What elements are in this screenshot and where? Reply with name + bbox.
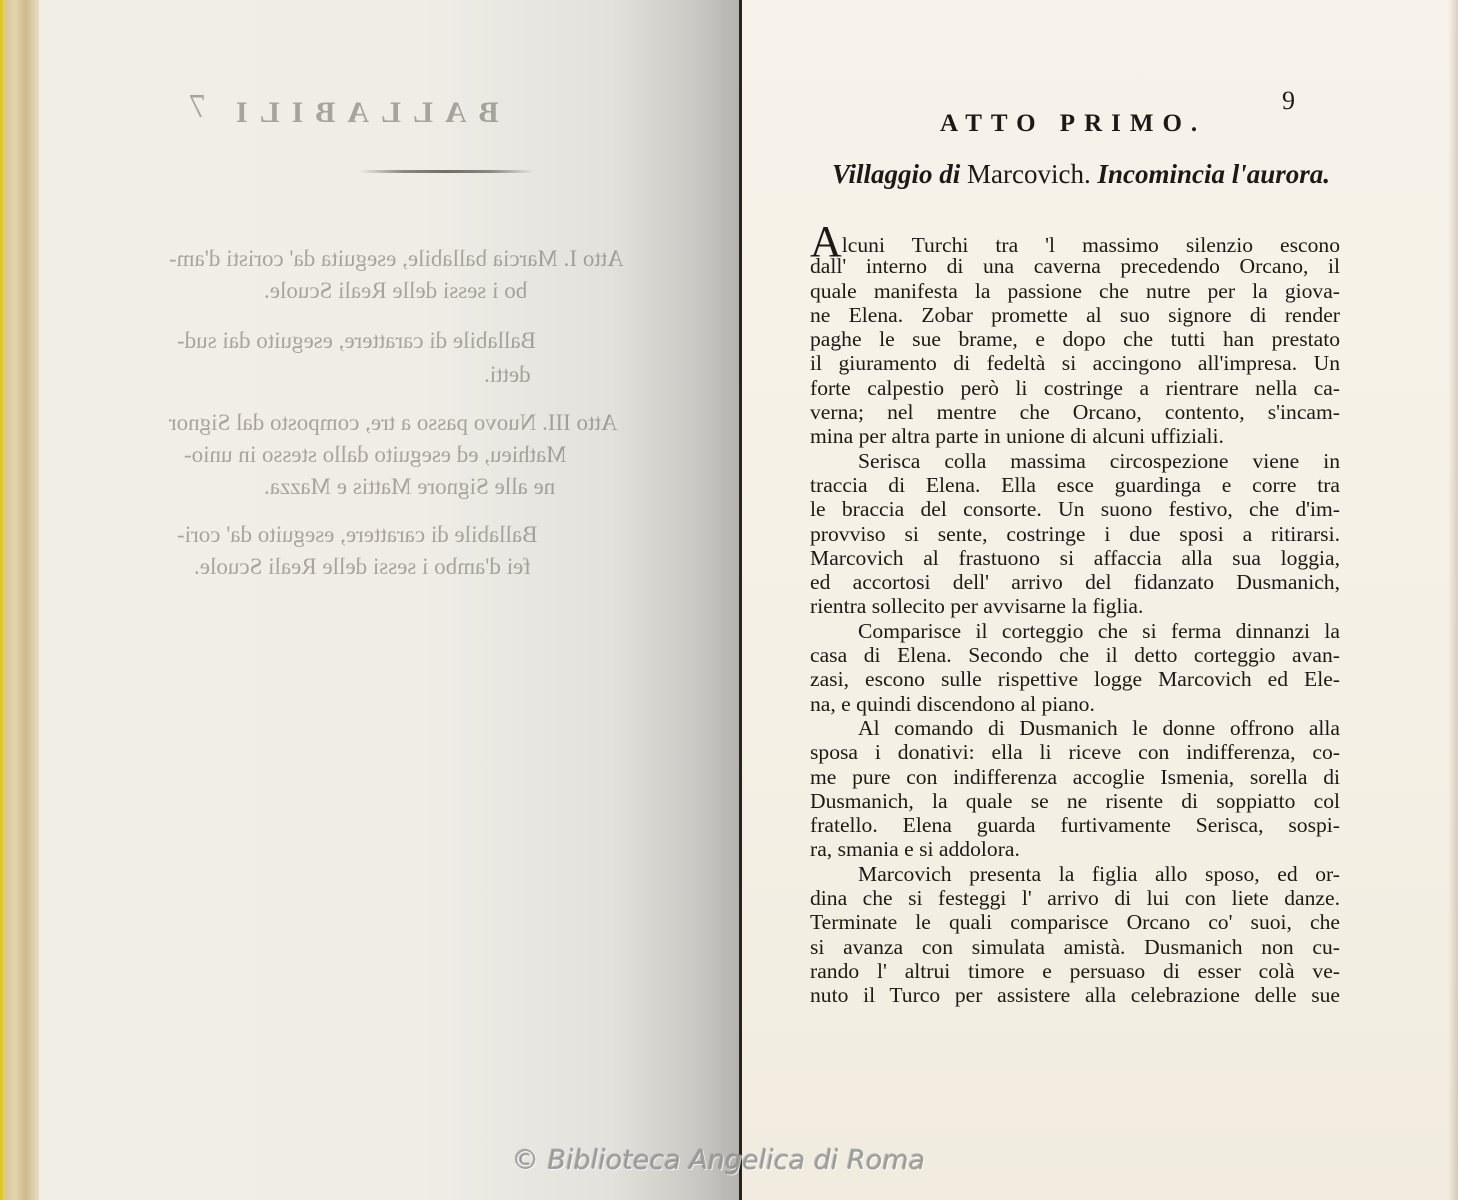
text-line: na, e quindi discendono al piano. bbox=[810, 692, 1340, 716]
page-edges bbox=[5, 0, 39, 1200]
copyright-watermark: © Biblioteca Angelica di Roma bbox=[512, 1145, 925, 1176]
text-line: Serisca colla massima circospezione vien… bbox=[810, 449, 1340, 473]
text-line: verna; nel mentre che Orcano, contento, … bbox=[810, 400, 1340, 424]
text-line: sposa i donativi: ella li riceve con ind… bbox=[810, 740, 1340, 764]
text-line: rientra sollecito per avvisarne la figli… bbox=[810, 594, 1340, 618]
ghost-line: bo i sessi delle Reali Scuole. bbox=[264, 278, 527, 304]
scene-part: Incomincia l'aurora. bbox=[1097, 159, 1330, 189]
text-line: Comparisce il corteggio che si ferma din… bbox=[810, 619, 1340, 643]
page-number: 9 bbox=[1282, 86, 1295, 116]
text-line: le braccia del consorte. Un suono festiv… bbox=[810, 497, 1340, 521]
ghost-page-number: 7 bbox=[189, 88, 206, 126]
text-line: quale manifesta la passione che nutre pe… bbox=[810, 279, 1340, 303]
scene-heading: Villaggio di Marcovich. Incomincia l'aur… bbox=[832, 159, 1330, 190]
scene-place: Marcovich. bbox=[967, 159, 1091, 189]
right-page: 9 ATTO PRIMO. Villaggio di Marcovich. In… bbox=[742, 0, 1458, 1200]
text-line: mina per altra parte in unione di alcuni… bbox=[810, 424, 1340, 448]
text-line: provviso si sente, costringe i due sposi… bbox=[810, 522, 1340, 546]
text-line: traccia di Elena. Ella esce guardinga e … bbox=[810, 473, 1340, 497]
text-line: Dusmanich, la quale se ne risente di sop… bbox=[810, 789, 1340, 813]
text-line: me pure con indifferenza accoglie Ismeni… bbox=[810, 765, 1340, 789]
scene-part: Villaggio di bbox=[832, 159, 960, 189]
text-line: Terminate le quali comparisce Orcano co'… bbox=[810, 910, 1340, 934]
text-line: paghe le sue brame, e dopo che tutti han… bbox=[810, 327, 1340, 351]
ghost-line: Atto III. Nuovo passo a tre, composto da… bbox=[169, 410, 617, 436]
ghost-line: fei d'ambo i sessi delle Reali Scuole. bbox=[194, 554, 531, 580]
ghost-line: Ballabile di carattere, eseguito da' cor… bbox=[177, 522, 537, 548]
act-title: ATTO PRIMO. bbox=[940, 110, 1206, 138]
body-text: Alcuni Turchi tra 'l massimo silenzio es… bbox=[810, 230, 1340, 1008]
text-line: forte calpestio però li costringe a rien… bbox=[810, 376, 1340, 400]
text-line: ra, smania e si addolora. bbox=[810, 837, 1340, 861]
ghost-line: detti. bbox=[484, 362, 531, 388]
text-line: si avanza con simulata amistà. Dusmanich… bbox=[810, 935, 1340, 959]
text-line: rando l' altrui timore e persuaso di ess… bbox=[810, 959, 1340, 983]
text-line: ed accortosi dell' arrivo del fidanzato … bbox=[810, 570, 1340, 594]
text-line: dall' interno di una caverna precedendo … bbox=[810, 254, 1340, 278]
text-line: nuto il Turco per assistere alla celebra… bbox=[810, 983, 1340, 1007]
book-spread: 7 BALLABILI Atto I. Marcia ballabile, es… bbox=[0, 0, 1458, 1200]
text-line: ne Elena. Zobar promette al suo signore … bbox=[810, 303, 1340, 327]
ghost-line: Ballabile di carattere, eseguito dai sud… bbox=[177, 328, 536, 354]
text-line: il giuramento di fedeltà si accingono al… bbox=[810, 351, 1340, 375]
ghost-line: Atto I. Marcia ballabile, eseguita da' c… bbox=[169, 246, 624, 272]
ghost-line: Mathieu, ed eseguito dallo stesso in uni… bbox=[184, 442, 567, 468]
ghost-ornament-rule bbox=[359, 170, 534, 173]
ghost-line: ne alle Signore Mattis e Mazza. bbox=[264, 474, 555, 500]
left-page: 7 BALLABILI Atto I. Marcia ballabile, es… bbox=[39, 0, 739, 1200]
text-line: casa di Elena. Secondo che il detto cort… bbox=[810, 643, 1340, 667]
text-line: Marcovich presenta la figlia allo sposo,… bbox=[810, 862, 1340, 886]
text-line: Alcuni Turchi tra 'l massimo silenzio es… bbox=[810, 230, 1340, 254]
text-line: fratello. Elena guarda furtivamente Seri… bbox=[810, 813, 1340, 837]
text-line: Al comando di Dusmanich le donne offrono… bbox=[810, 716, 1340, 740]
ghost-title: BALLABILI bbox=[224, 96, 499, 130]
text-line: Marcovich al frastuono si affaccia alla … bbox=[810, 546, 1340, 570]
text-line: dina che si festeggi l' arrivo di lui co… bbox=[810, 886, 1340, 910]
text-line: zasi, escono sulle rispettive logge Marc… bbox=[810, 667, 1340, 691]
